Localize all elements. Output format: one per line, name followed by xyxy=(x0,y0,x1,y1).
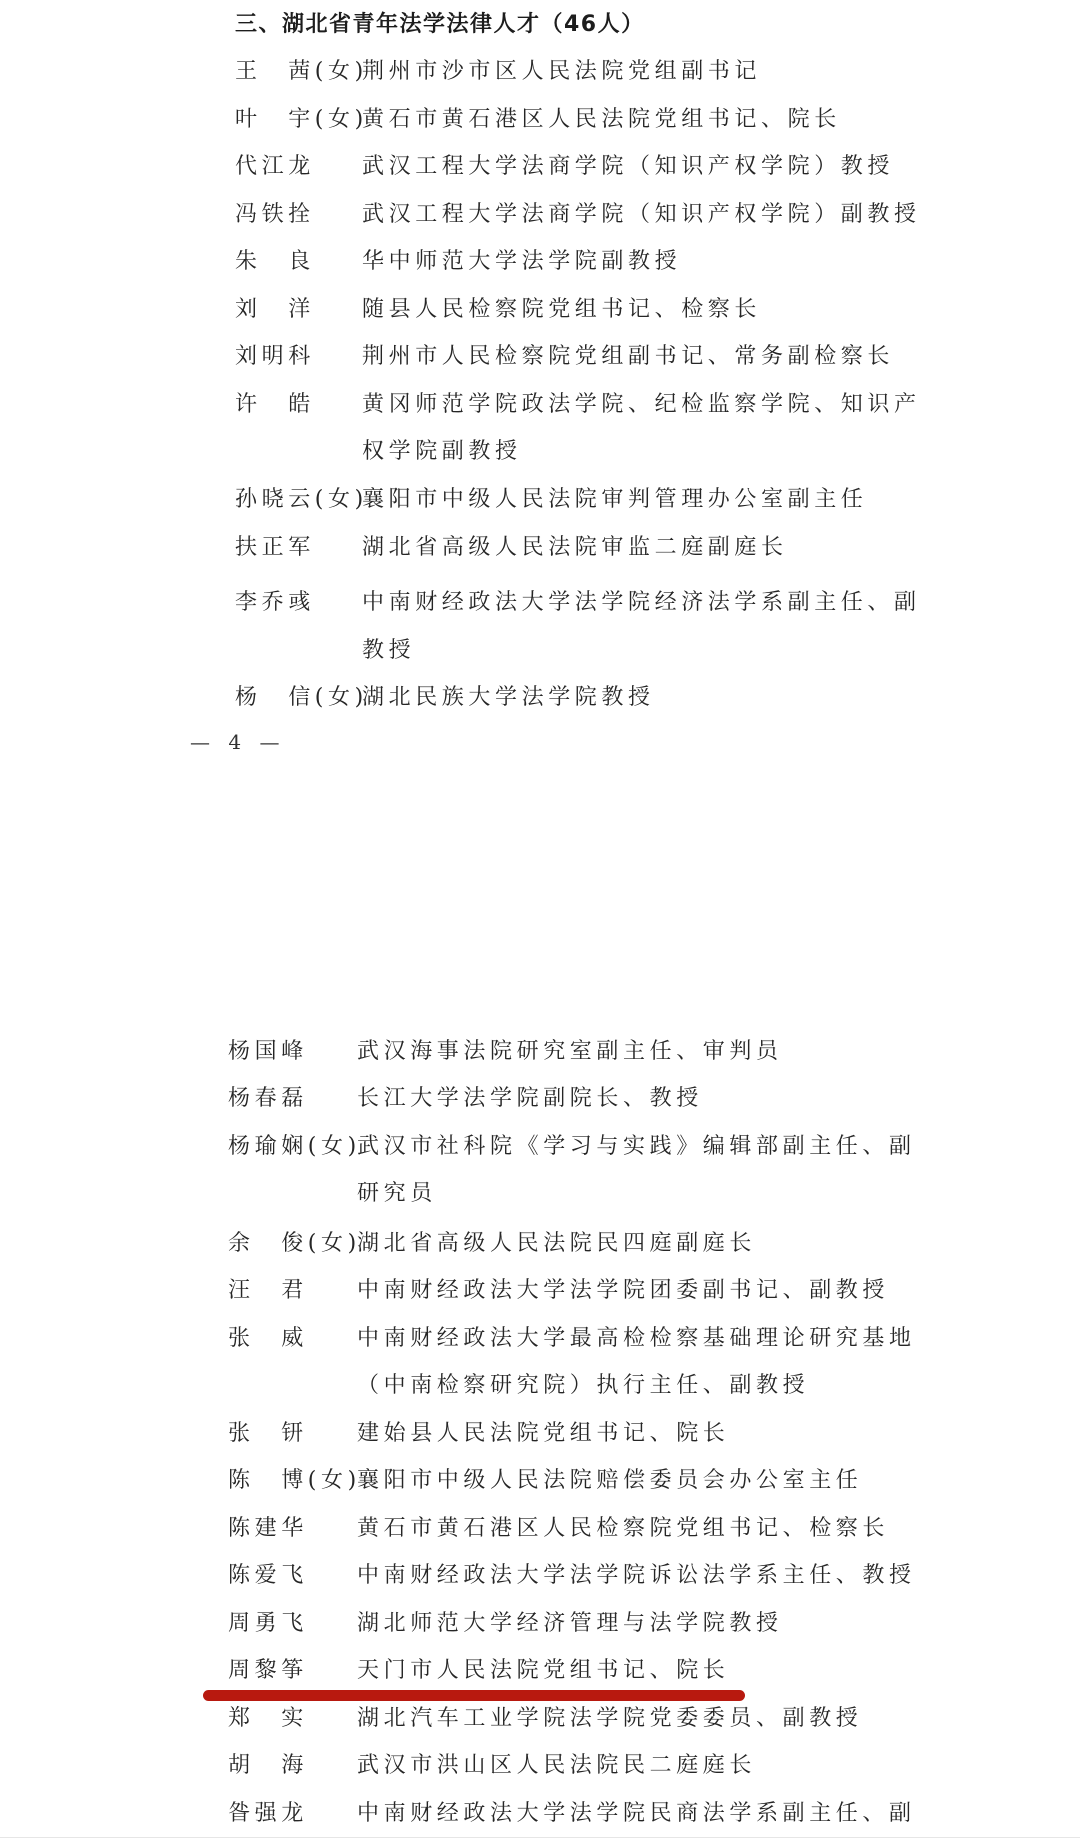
person-name: 陈 博(女) xyxy=(228,1466,361,1496)
person-name: 杨瑜娴(女) xyxy=(228,1132,361,1162)
list-item: 胡 海武汉市洪山区人民法院民二庭庭长 xyxy=(0,1751,1080,1781)
person-role: 权学院副教授 xyxy=(362,437,522,467)
person-role: 中南财经政法大学法学院诉讼法学系主任、教授 xyxy=(357,1561,916,1591)
person-name: 郑 实 xyxy=(228,1704,308,1734)
person-role: 武汉工程大学法商学院（知识产权学院）教授 xyxy=(362,152,894,182)
person-name: 李乔彧 xyxy=(235,588,315,618)
person-name: 刘 洋 xyxy=(235,295,315,325)
person-name: 扶正军 xyxy=(235,533,315,563)
person-name: 胡 海 xyxy=(228,1751,308,1781)
page-bottom-edge xyxy=(0,1837,1080,1838)
list-item: 汪 君中南财经政法大学法学院团委副书记、副教授 xyxy=(0,1276,1080,1306)
list-item: 朱 良华中师范大学法学院副教授 xyxy=(0,247,1080,277)
person-role: 湖北民族大学法学院教授 xyxy=(362,683,655,713)
person-name: 陈建华 xyxy=(228,1514,308,1544)
person-role: 湖北师范大学经济管理与法学院教授 xyxy=(357,1609,783,1639)
list-item-continuation: 权学院副教授 xyxy=(0,437,1080,467)
list-item: 张 威中南财经政法大学最高检检察基础理论研究基地 xyxy=(0,1324,1080,1354)
list-item: 周黎筝天门市人民法院党组书记、院长 xyxy=(0,1656,1080,1686)
person-role: 研究员 xyxy=(357,1179,437,1209)
person-role: 荆州市沙市区人民法院党组副书记 xyxy=(362,57,761,87)
list-item: 王 茜(女)荆州市沙市区人民法院党组副书记 xyxy=(0,57,1080,87)
person-role: 教授 xyxy=(362,636,415,666)
person-role: 华中师范大学法学院副教授 xyxy=(362,247,681,277)
person-role: 武汉市社科院《学习与实践》编辑部副主任、副 xyxy=(357,1132,916,1162)
person-name: 汪 君 xyxy=(228,1276,308,1306)
list-item: 刘明科荆州市人民检察院党组副书记、常务副检察长 xyxy=(0,342,1080,372)
person-name: 代江龙 xyxy=(235,152,315,182)
list-item: 郑 实湖北汽车工业学院法学院党委委员、副教授 xyxy=(0,1704,1080,1734)
red-highlight-underline xyxy=(203,1690,745,1701)
person-role: 中南财经政法大学法学院团委副书记、副教授 xyxy=(357,1276,889,1306)
person-role: 武汉海事法院研究室副主任、审判员 xyxy=(357,1037,783,1067)
list-item: 杨 信(女)湖北民族大学法学院教授 xyxy=(0,683,1080,713)
list-item: 周勇飞湖北师范大学经济管理与法学院教授 xyxy=(0,1609,1080,1639)
person-role: 中南财经政法大学最高检检察基础理论研究基地 xyxy=(357,1324,916,1354)
person-name: 刘明科 xyxy=(235,342,315,372)
list-item: 陈 博(女)襄阳市中级人民法院赔偿委员会办公室主任 xyxy=(0,1466,1080,1496)
list-item-continuation: 研究员 xyxy=(0,1179,1080,1209)
person-name: 余 俊(女) xyxy=(228,1229,361,1259)
list-item: 代江龙武汉工程大学法商学院（知识产权学院）教授 xyxy=(0,152,1080,182)
person-name: 朱 良 xyxy=(235,247,315,277)
person-name: 昝强龙 xyxy=(228,1799,308,1829)
list-item: 刘 洋随县人民检察院党组书记、检察长 xyxy=(0,295,1080,325)
person-role: 建始县人民法院党组书记、院长 xyxy=(357,1419,729,1449)
person-role: 黄石市黄石港区人民法院党组书记、院长 xyxy=(362,105,841,135)
person-role: 襄阳市中级人民法院赔偿委员会办公室主任 xyxy=(357,1466,862,1496)
document-page: 三、湖北省青年法学法律人才（46人） 王 茜(女)荆州市沙市区人民法院党组副书记… xyxy=(0,0,1080,1846)
list-item: 冯铁拴武汉工程大学法商学院（知识产权学院）副教授 xyxy=(0,200,1080,230)
list-item: 许 皓黄冈师范学院政法学院、纪检监察学院、知识产 xyxy=(0,390,1080,420)
list-item: 余 俊(女)湖北省高级人民法院民四庭副庭长 xyxy=(0,1229,1080,1259)
list-item: 杨瑜娴(女)武汉市社科院《学习与实践》编辑部副主任、副 xyxy=(0,1132,1080,1162)
list-item: 李乔彧中南财经政法大学法学院经济法学系副主任、副 xyxy=(0,588,1080,618)
person-role: 武汉市洪山区人民法院民二庭庭长 xyxy=(357,1751,756,1781)
person-role: 湖北省高级人民法院审监二庭副庭长 xyxy=(362,533,788,563)
section-title: 三、湖北省青年法学法律人才（46人） xyxy=(235,10,645,40)
list-item: 叶 宇(女)黄石市黄石港区人民法院党组书记、院长 xyxy=(0,105,1080,135)
person-name: 周勇飞 xyxy=(228,1609,308,1639)
person-name: 杨国峰 xyxy=(228,1037,308,1067)
person-name: 杨 信(女) xyxy=(235,683,368,713)
person-role: 随县人民检察院党组书记、检察长 xyxy=(362,295,761,325)
person-role: 襄阳市中级人民法院审判管理办公室副主任 xyxy=(362,485,867,515)
person-role: 湖北汽车工业学院法学院党委委员、副教授 xyxy=(357,1704,862,1734)
person-name: 周黎筝 xyxy=(228,1656,308,1686)
person-name: 许 皓 xyxy=(235,390,315,420)
person-role: 湖北省高级人民法院民四庭副庭长 xyxy=(357,1229,756,1259)
person-role: 荆州市人民检察院党组副书记、常务副检察长 xyxy=(362,342,894,372)
person-name: 叶 宇(女) xyxy=(235,105,368,135)
person-name: 王 茜(女) xyxy=(235,57,368,87)
list-item: 杨春磊长江大学法学院副院长、教授 xyxy=(0,1084,1080,1114)
person-name: 张 钘 xyxy=(228,1419,308,1449)
person-name: 冯铁拴 xyxy=(235,200,315,230)
person-name: 杨春磊 xyxy=(228,1084,308,1114)
person-name: 孙晓云(女) xyxy=(235,485,368,515)
person-role: 中南财经政法大学法学院民商法学系副主任、副 xyxy=(357,1799,916,1829)
list-item: 孙晓云(女)襄阳市中级人民法院审判管理办公室副主任 xyxy=(0,485,1080,515)
page-number: — 4 — xyxy=(190,730,285,754)
list-item-continuation: 教授 xyxy=(0,636,1080,666)
person-role: 武汉工程大学法商学院（知识产权学院）副教授 xyxy=(362,200,921,230)
person-name: 陈爱飞 xyxy=(228,1561,308,1591)
person-name: 张 威 xyxy=(228,1324,308,1354)
person-role: 天门市人民法院党组书记、院长 xyxy=(357,1656,729,1686)
person-role: 黄石市黄石港区人民检察院党组书记、检察长 xyxy=(357,1514,889,1544)
list-item: 扶正军湖北省高级人民法院审监二庭副庭长 xyxy=(0,533,1080,563)
person-role: 中南财经政法大学法学院经济法学系副主任、副 xyxy=(362,588,921,618)
list-item-continuation: （中南检察研究院）执行主任、副教授 xyxy=(0,1371,1080,1401)
list-item: 杨国峰武汉海事法院研究室副主任、审判员 xyxy=(0,1037,1080,1067)
list-item: 陈爱飞中南财经政法大学法学院诉讼法学系主任、教授 xyxy=(0,1561,1080,1591)
person-role: （中南检察研究院）执行主任、副教授 xyxy=(357,1371,809,1401)
person-role: 黄冈师范学院政法学院、纪检监察学院、知识产 xyxy=(362,390,921,420)
list-item: 陈建华黄石市黄石港区人民检察院党组书记、检察长 xyxy=(0,1514,1080,1544)
list-item: 张 钘建始县人民法院党组书记、院长 xyxy=(0,1419,1080,1449)
list-item: 昝强龙中南财经政法大学法学院民商法学系副主任、副 xyxy=(0,1799,1080,1829)
person-role: 长江大学法学院副院长、教授 xyxy=(357,1084,703,1114)
